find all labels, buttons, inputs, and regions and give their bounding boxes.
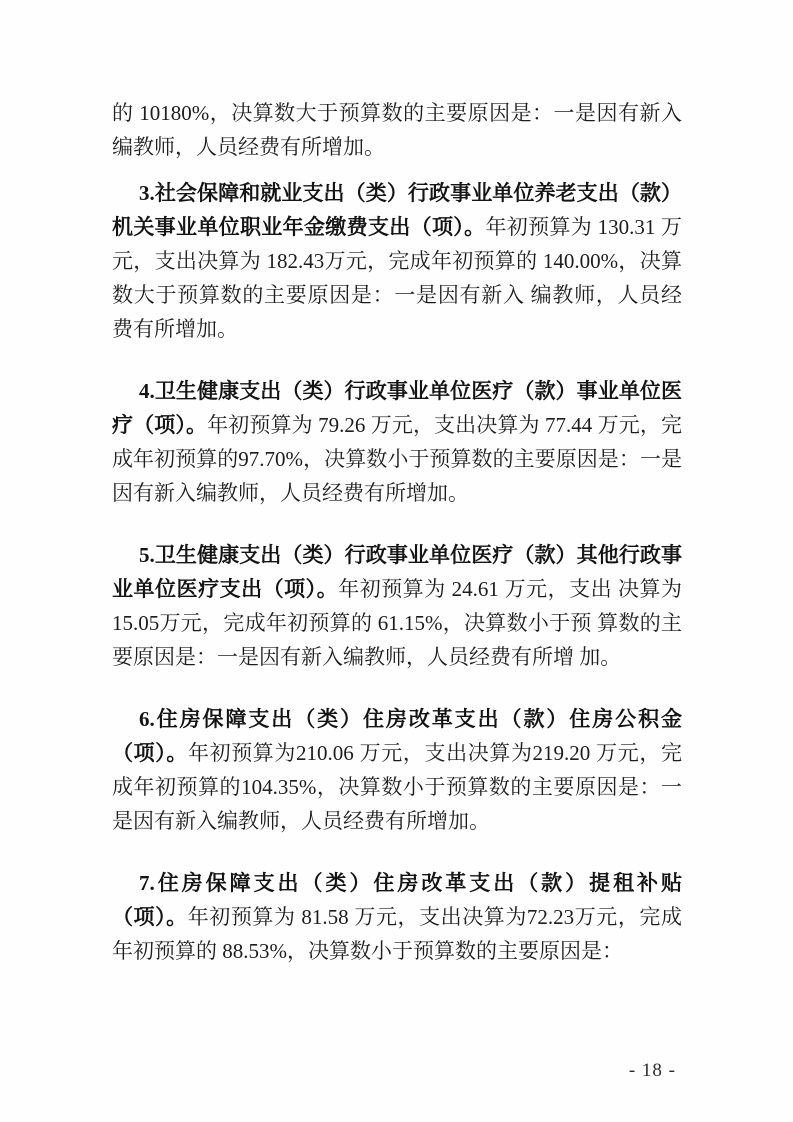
paragraph-continuation: 的 10180%，决算数大于预算数的主要原因是：一是因有新入编教师，人员经费有所… xyxy=(112,96,682,164)
document-body: 的 10180%，决算数大于预算数的主要原因是：一是因有新入编教师，人员经费有所… xyxy=(112,96,682,968)
paragraph-item-3: 3.社会保障和就业支出（类）行政事业单位养老支出（款）机关事业单位职业年金缴费支… xyxy=(112,176,682,346)
document-page: 的 10180%，决算数大于预算数的主要原因是：一是因有新入编教师，人员经费有所… xyxy=(0,0,793,1122)
paragraph-body: 年初预算为210.06 万元，支出决算为219.20 万元，完成年初预算的104… xyxy=(112,741,682,833)
paragraph-item-6: 6.住房保障支出（类）住房改革支出（款）住房公积金（项）。年初预算为210.06… xyxy=(112,702,682,838)
paragraph-body: 的 10180%，决算数大于预算数的主要原因是：一是因有新入编教师，人员经费有所… xyxy=(112,101,682,159)
paragraph-body: 年初预算为 81.58 万元，支出决算为72.23万元，完成年初预算的 88.5… xyxy=(112,905,682,963)
paragraph-item-4: 4.卫生健康支出（类）行政事业单位医疗（款）事业单位医疗（项）。年初预算为 79… xyxy=(112,374,682,510)
page-number: - 18 - xyxy=(629,1058,676,1084)
paragraph-item-7: 7.住房保障支出（类）住房改革支出（款）提租补贴（项）。年初预算为 81.58 … xyxy=(112,866,682,968)
paragraph-item-5: 5.卫生健康支出（类）行政事业单位医疗（款）其他行政事业单位医疗支出（项）。年初… xyxy=(112,538,682,674)
